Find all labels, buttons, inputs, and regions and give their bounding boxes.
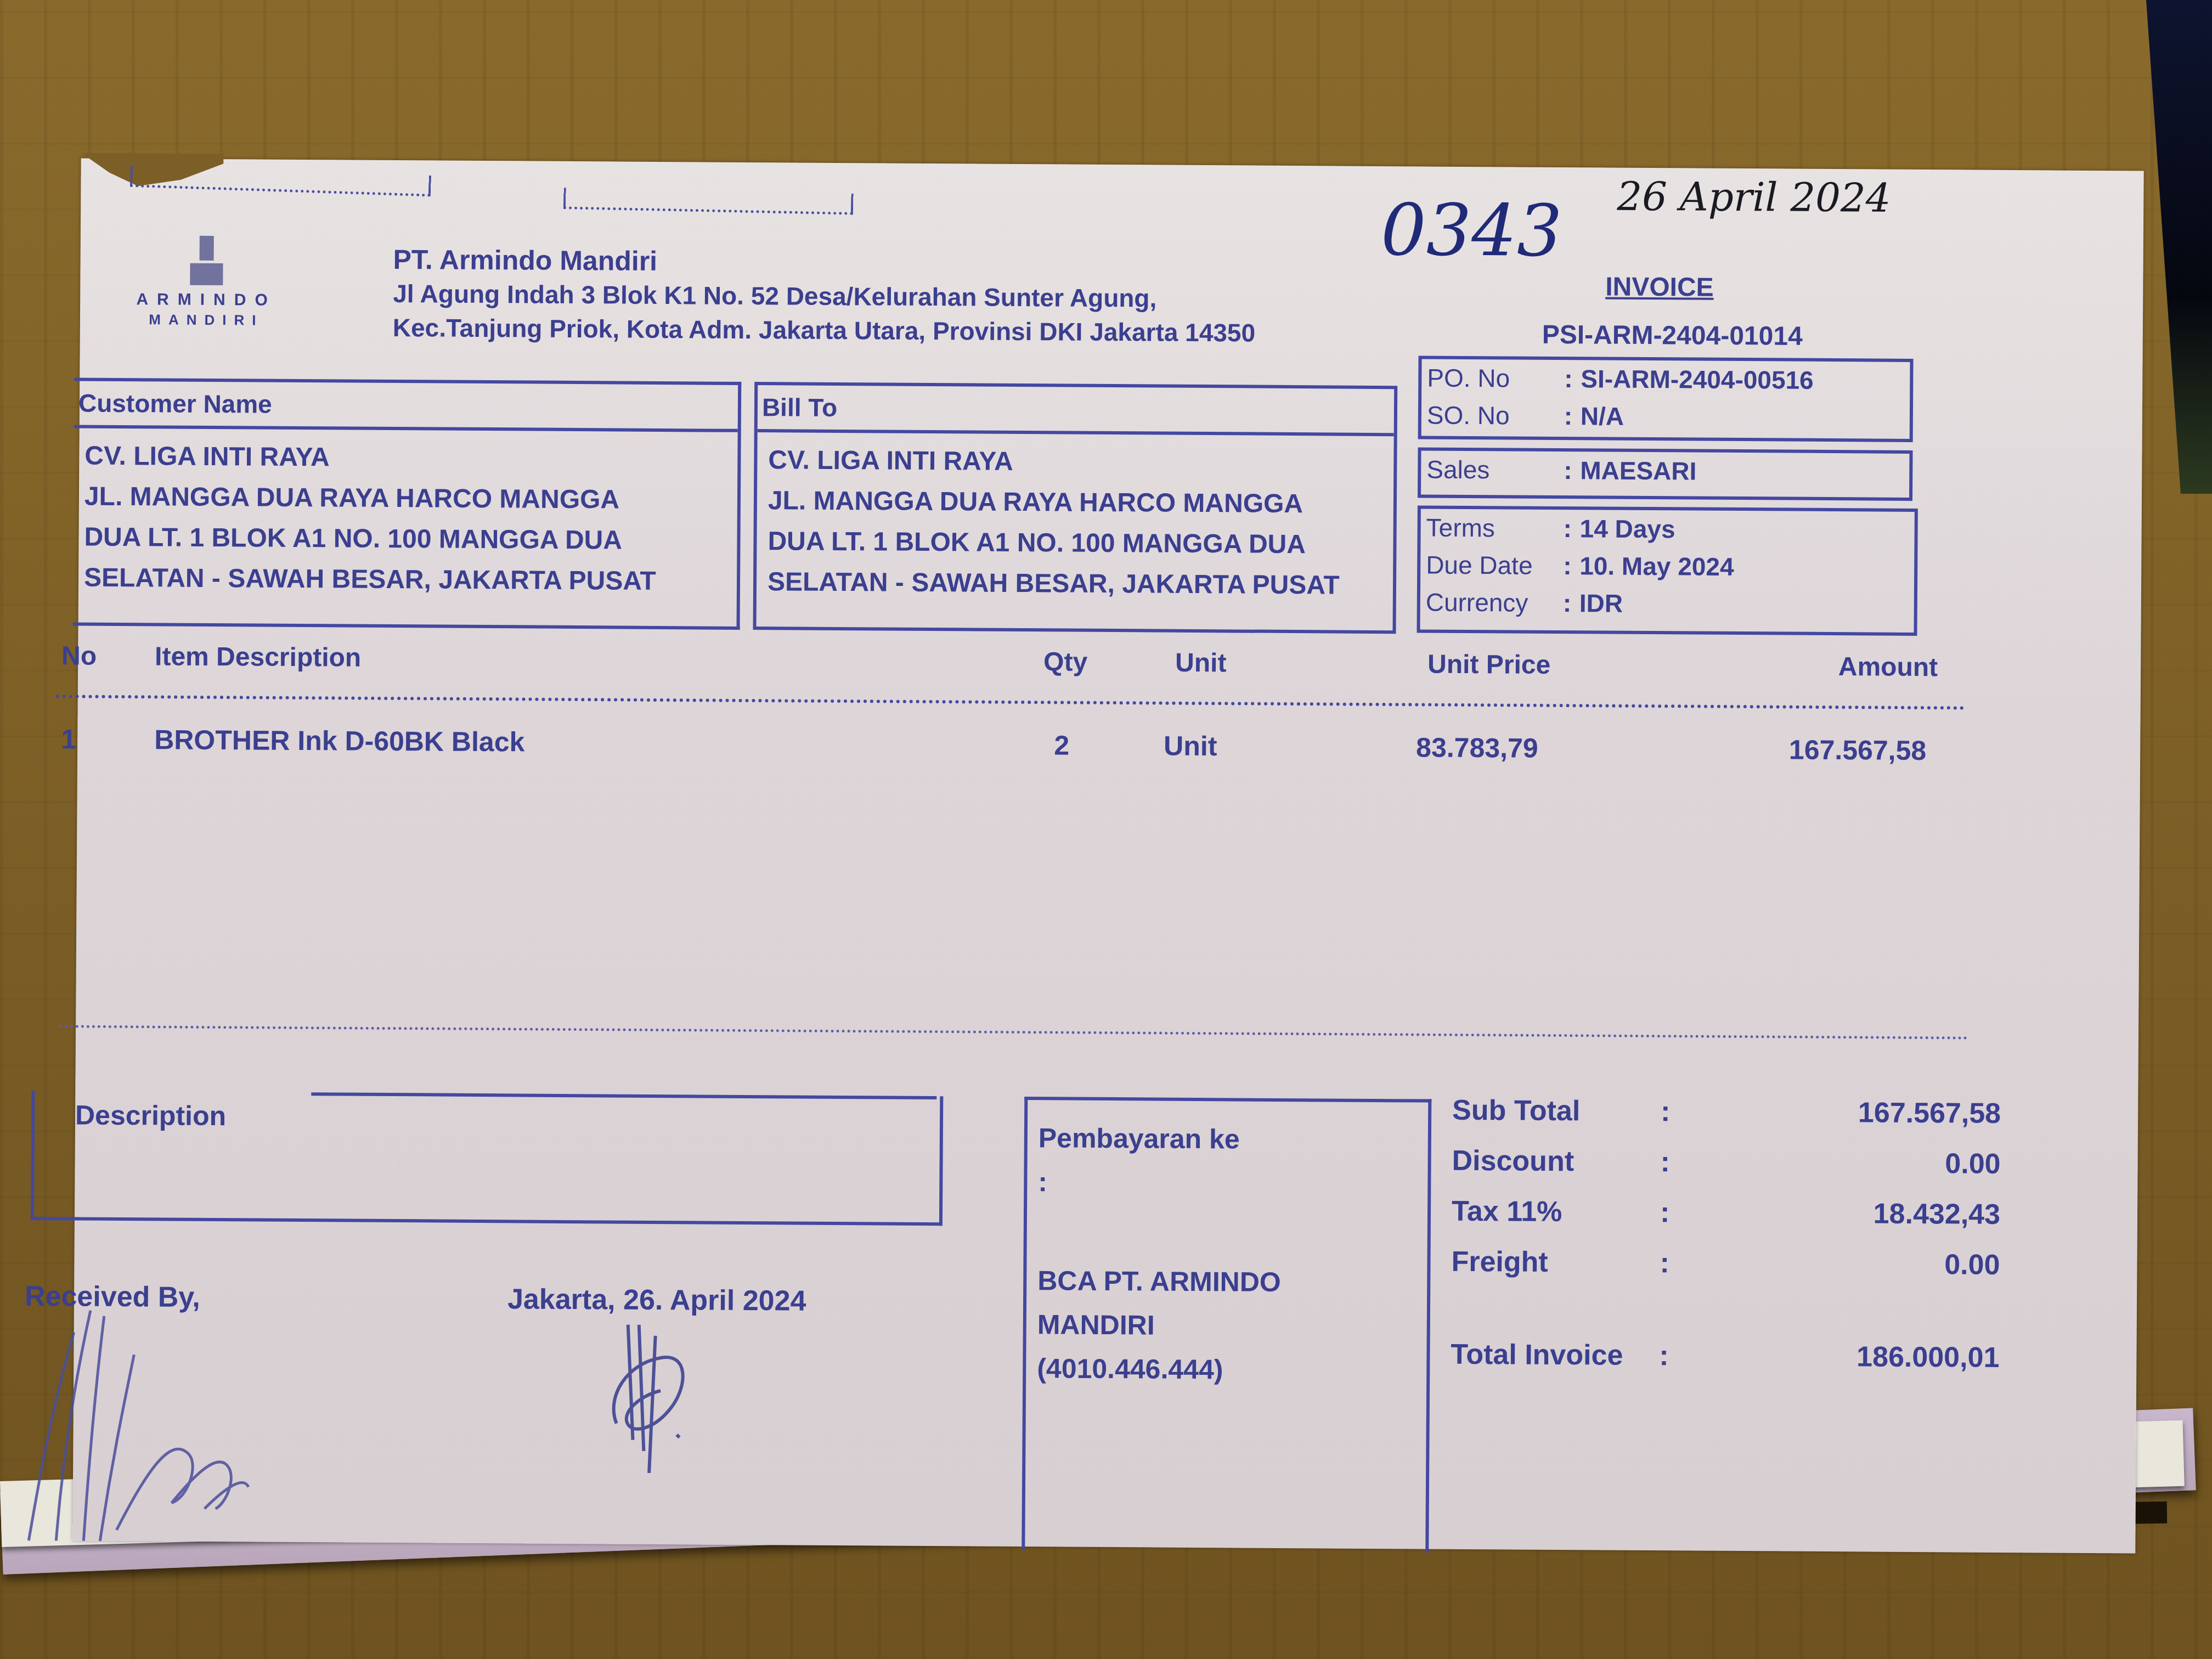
handwritten-date: 26 April 2024 <box>1617 173 1891 221</box>
logo-line-1: ARMINDO <box>135 290 278 310</box>
header-unit-price: Unit Price <box>1427 650 1550 680</box>
so-label: SO. No <box>1427 397 1564 435</box>
sales-box: Sales : MAESARI <box>1418 447 1913 501</box>
terms-colon: : <box>1563 510 1579 547</box>
row-amount: 167.567,58 <box>1696 733 1926 767</box>
payment-colon: : <box>1038 1166 1047 1198</box>
bill-to-name: CV. LIGA INTI RAYA <box>768 440 1389 484</box>
tax-colon: : <box>1660 1196 1670 1229</box>
company-address-2: Kec.Tanjung Priok, Kota Adm. Jakarta Uta… <box>393 311 1256 350</box>
bank-name-2: MANDIRI <box>1037 1308 1155 1341</box>
sales-colon: : <box>1564 452 1580 489</box>
total-row-subtotal: Sub Total : 167.567,58 <box>1452 1094 2001 1136</box>
freight-label: Freight <box>1451 1245 1548 1279</box>
issuer-signature <box>594 1313 738 1479</box>
po-label: PO. No <box>1427 359 1564 398</box>
company-block: PT. Armindo Mandiri Jl Agung Indah 3 Blo… <box>393 242 1256 350</box>
total-invoice-colon: : <box>1659 1339 1669 1372</box>
tower-icon <box>190 236 223 285</box>
bank-account: (4010.446.444) <box>1037 1352 1223 1385</box>
header-unit: Unit <box>1175 648 1227 679</box>
terms-value: 14 Days <box>1579 510 1675 548</box>
bill-to-box: Bill To CV. LIGA INTI RAYA JL. MANGGA DU… <box>753 382 1398 634</box>
description-label: Description <box>75 1099 226 1132</box>
total-row-tax: Tax 11% : 18.432,43 <box>1452 1195 2000 1237</box>
tax-label: Tax 11% <box>1452 1195 1562 1228</box>
header-amount: Amount <box>1729 651 1938 682</box>
bill-to-address-1: JL. MANGGA DUA RAYA HARCO MANGGA <box>768 481 1389 525</box>
subtotal-value: 167.567,58 <box>1858 1096 2001 1130</box>
header-qty: Qty <box>1043 647 1087 677</box>
due-date-label: Due Date <box>1426 546 1563 585</box>
bracket-line-1 <box>130 166 431 197</box>
customer-address-2: DUA LT. 1 BLOK A1 NO. 100 MANGGA DUA <box>84 517 732 562</box>
customer-address-1: JL. MANGGA DUA RAYA HARCO MANGGA <box>84 477 733 521</box>
row-no: 1 <box>61 723 76 755</box>
due-date-colon: : <box>1563 547 1579 584</box>
items-header-rule <box>56 695 1965 709</box>
bill-to-address-3: SELATAN - SAWAH BESAR, JAKARTA PUSAT <box>768 562 1389 606</box>
bill-to-label: Bill To <box>758 385 1395 436</box>
invoice-sheet: ARMINDO MANDIRI PT. Armindo Mandiri Jl A… <box>72 159 2143 1554</box>
items-header-row: No Item Description Qty Unit Unit Price … <box>61 641 1949 696</box>
payment-label: Pembayaran ke <box>1039 1122 1240 1155</box>
tax-value: 18.432,43 <box>1874 1198 2001 1231</box>
row-unit: Unit <box>1164 730 1217 763</box>
currency-label: Currency <box>1426 584 1563 622</box>
discount-label: Discount <box>1452 1144 1574 1178</box>
row-description: BROTHER Ink D-60BK Black <box>154 724 524 758</box>
sales-label: Sales <box>1426 451 1564 489</box>
invoice-title: INVOICE <box>1605 272 1714 303</box>
po-so-box: PO. No : SI-ARM-2404-00516 SO. No : N/A <box>1418 356 1914 442</box>
terms-box: Terms : 14 Days Due Date : 10. May 2024 … <box>1417 505 1917 636</box>
sales-value: MAESARI <box>1580 452 1697 489</box>
subtotal-label: Sub Total <box>1452 1094 1580 1127</box>
customer-name: CV. LIGA INTI RAYA <box>84 436 733 481</box>
header-description: Item Description <box>155 641 361 673</box>
header-no: No <box>61 641 97 671</box>
so-value: N/A <box>1581 397 1624 435</box>
invoice-code: PSI-ARM-2404-01014 <box>1542 320 1803 352</box>
bill-to-address-2: DUA LT. 1 BLOK A1 NO. 100 MANGGA DUA <box>768 521 1389 566</box>
total-invoice-label: Total Invoice <box>1451 1338 1623 1372</box>
bank-name-1: BCA PT. ARMINDO <box>1037 1265 1281 1298</box>
receiver-signature <box>7 1244 294 1553</box>
customer-box: Customer Name CV. LIGA INTI RAYA JL. MAN… <box>73 377 742 629</box>
background-object <box>2146 0 2212 494</box>
total-row-freight: Freight : 0.00 <box>1451 1245 2000 1287</box>
company-name: PT. Armindo Mandiri <box>393 242 1256 282</box>
company-logo: ARMINDO MANDIRI <box>135 235 278 335</box>
due-date-value: 10. May 2024 <box>1579 547 1734 585</box>
subtotal-colon: : <box>1661 1095 1671 1128</box>
po-value: SI-ARM-2404-00516 <box>1581 360 1814 399</box>
totals-block: Sub Total : 167.567,58 Discount : 0.00 T… <box>1452 1094 2001 1097</box>
logo-line-2: MANDIRI <box>135 311 278 329</box>
freight-value: 0.00 <box>1944 1248 2000 1282</box>
total-invoice-value: 186.000,01 <box>1857 1340 2000 1374</box>
discount-colon: : <box>1660 1145 1670 1178</box>
terms-label: Terms <box>1426 509 1563 548</box>
total-row-discount: Discount : 0.00 <box>1452 1144 2000 1186</box>
handwritten-number: 0343 <box>1381 188 1563 273</box>
customer-address-3: SELATAN - SAWAH BESAR, JAKARTA PUSAT <box>84 558 732 602</box>
discount-value: 0.00 <box>1945 1147 2001 1181</box>
place-date: Jakarta, 26. April 2024 <box>507 1283 806 1317</box>
table-row: 1 BROTHER Ink D-60BK Black 2 Unit 83.783… <box>61 723 1948 778</box>
company-address-1: Jl Agung Indah 3 Blok K1 No. 52 Desa/Kel… <box>393 276 1256 316</box>
bracket-line-2 <box>563 188 854 215</box>
row-qty: 2 <box>1054 729 1069 761</box>
total-row-invoice: Total Invoice : 186.000,01 <box>1451 1338 1999 1380</box>
customer-label: Customer Name <box>74 381 738 432</box>
currency-colon: : <box>1563 584 1579 622</box>
row-unit-price: 83.783,79 <box>1416 731 1538 764</box>
payment-box: Pembayaran ke : BCA PT. ARMINDO MANDIRI … <box>1022 1097 1431 1553</box>
so-colon: : <box>1564 397 1581 435</box>
currency-value: IDR <box>1579 584 1623 622</box>
freight-colon: : <box>1660 1246 1669 1279</box>
po-colon: : <box>1564 360 1581 397</box>
section-separator <box>59 1025 1968 1039</box>
